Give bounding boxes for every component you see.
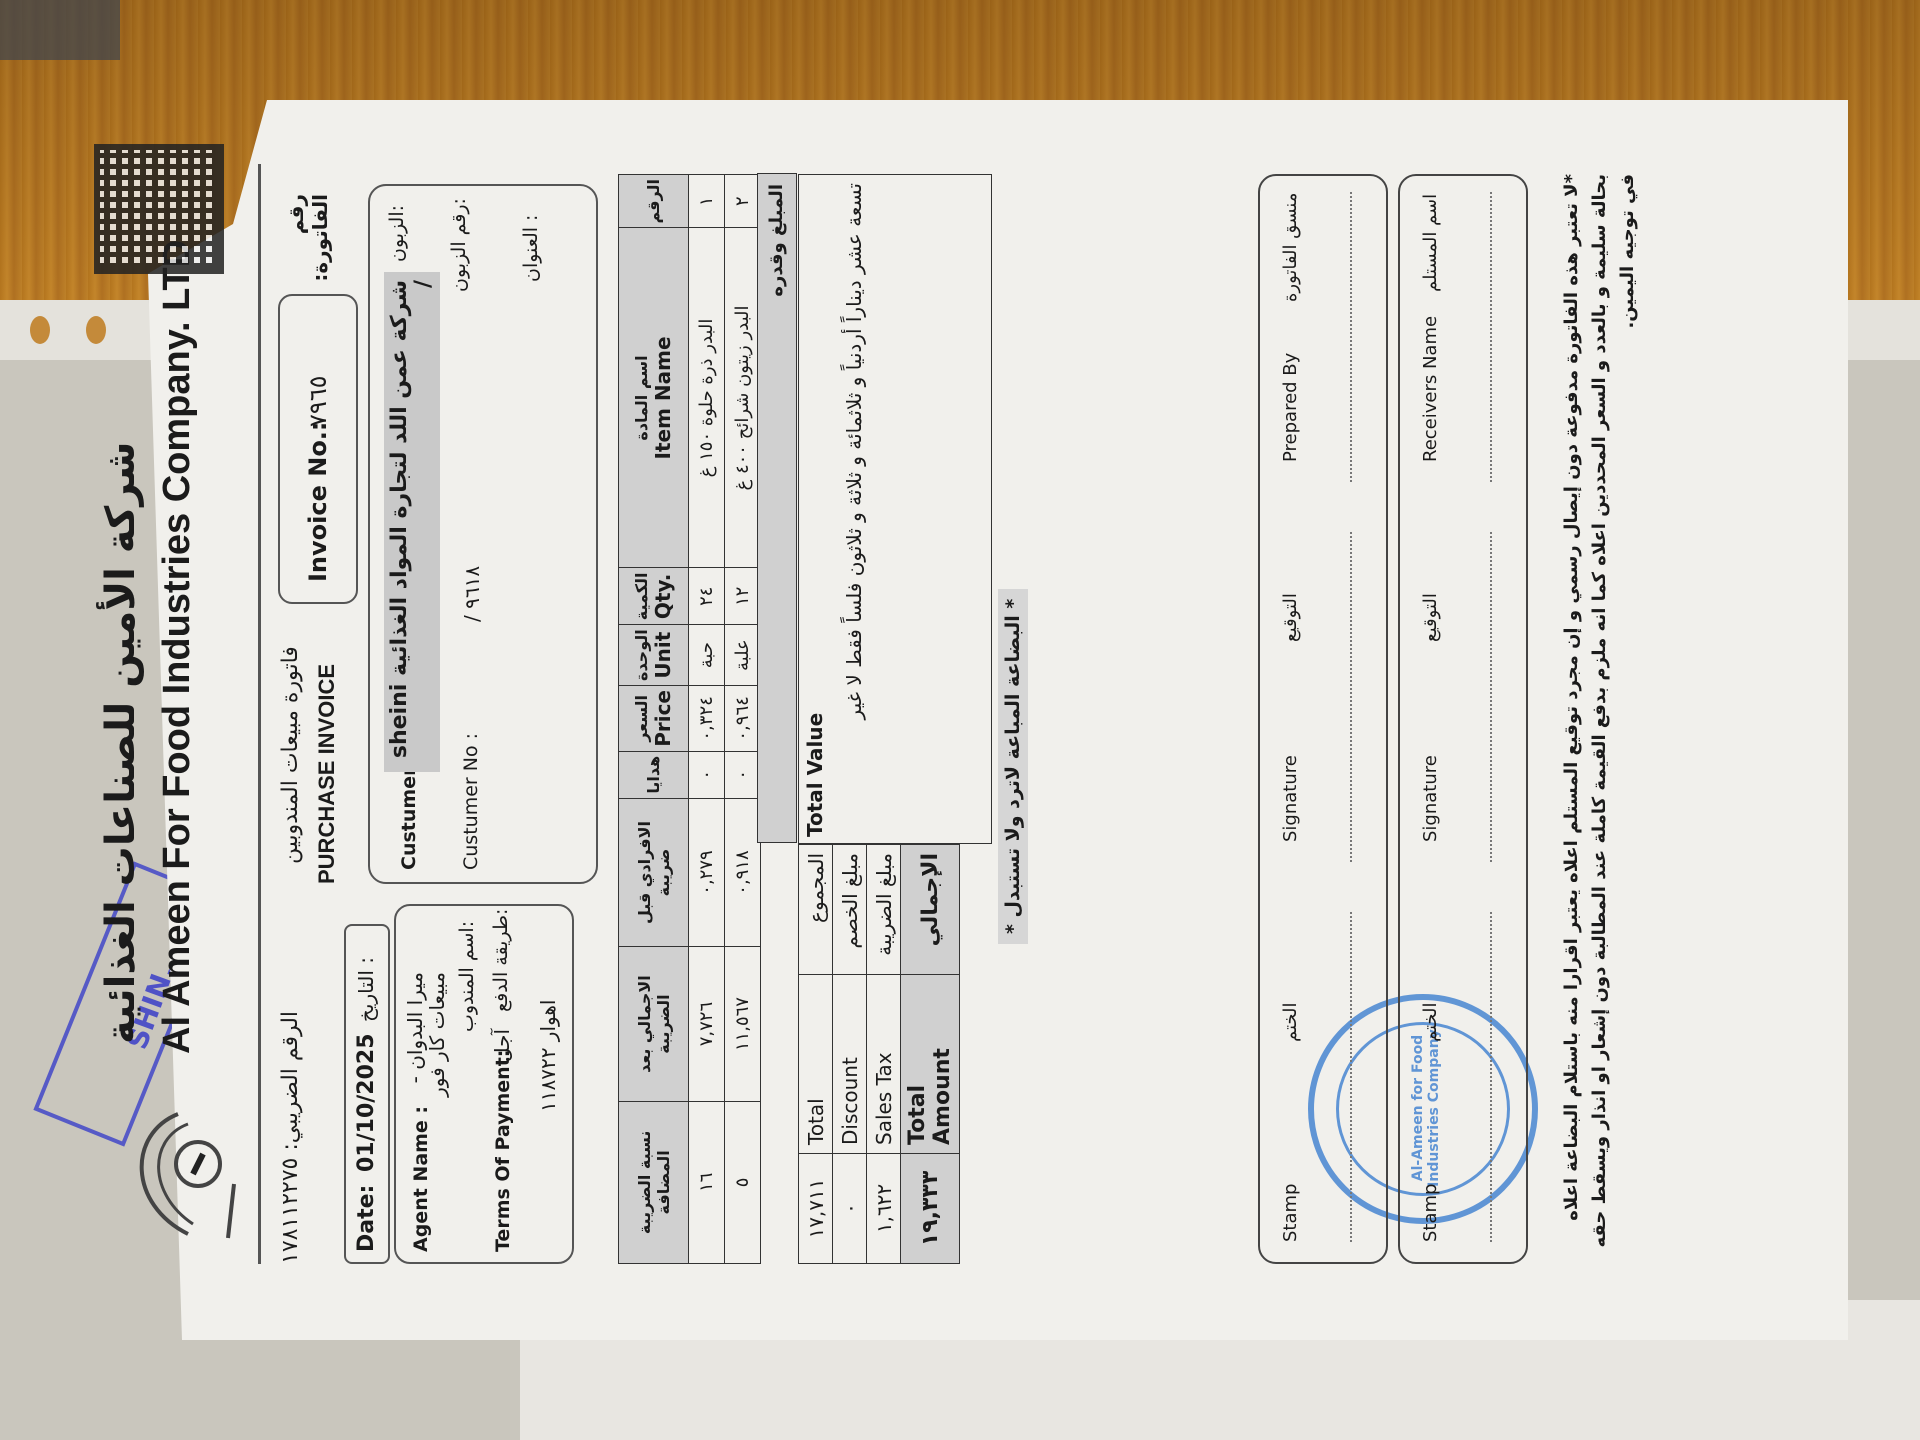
sales-tax-label: Sales Tax [867, 975, 901, 1154]
sales-tax-label-ar: مبلغ الضريبة [867, 845, 901, 975]
totals-table: ١٧,٧١١ Total المجموع ٠ Discount مبلغ الخ… [798, 844, 960, 1264]
amount-in-words: تسعة عشر ديناراً أردنياً و ثلاثمائة و ثل… [839, 183, 869, 823]
cell-gifts: ٠ [725, 751, 761, 798]
invoice-type-en: PURCHASE INVOICE [314, 664, 340, 884]
signature-label: Signature [1420, 755, 1441, 842]
total-value-label: Total Value [803, 713, 827, 837]
stamp-line[interactable] [1350, 912, 1352, 1242]
agent-info-box: Agent Name : ميرا البدوان - مبيعات كار ف… [394, 904, 574, 1264]
cell-item-name: البدر زيتون شرائح ٤٠٠ غ [725, 228, 761, 568]
totals-row-total-amount: ١٩,٣٣٣ Total Amount الإجمالي [901, 845, 960, 1264]
cell-unit-before-tax: ٠,٩١٨ [725, 798, 761, 947]
total-amount-label: Total Amount [901, 975, 960, 1154]
amount-label-band: المبلغ وقدره [757, 173, 797, 843]
discount-label: Discount [833, 975, 867, 1154]
cell-qty: ١٢ [725, 568, 761, 625]
invoice-number-label-ar: رقم الفاتورة: [284, 194, 332, 274]
agent-name-value: ميرا البدوان - مبيعات كار فور [404, 972, 448, 1112]
stamp-label-ar: الختم [1420, 1002, 1441, 1042]
invoice-number-box: Invoice No.: ٧٩٦٥ [278, 294, 358, 604]
stamp-label-ar: الختم [1280, 1002, 1301, 1042]
col-tax-rate: نسبة الضريبة المضافة [619, 1101, 689, 1263]
customer-name: شركة عمن اللد لتجارة المواد الغذائية she… [384, 272, 440, 772]
signature-line[interactable] [1490, 532, 1492, 862]
col-no: الرقم [619, 175, 689, 228]
cell-tax-rate: ٥ [725, 1101, 761, 1263]
col-unit: الوحدةUnit [619, 625, 689, 686]
customer-label: Custumer [398, 767, 420, 870]
tax-number: الرقم الضريبي: ١٧٨١١٢٢٧٥ [278, 1011, 303, 1264]
agent-name-label: Agent Name : [410, 1106, 432, 1252]
stamp-label: Stamp [1420, 1184, 1441, 1242]
tax-number-value: ١٧٨١١٢٢٧٥ [278, 1158, 303, 1264]
cell-total-after-tax: ٧,٧٢٦ [689, 947, 725, 1101]
invoice-type-ar: فاتورة مبيعات المندوبين [278, 646, 303, 864]
cell-price: ٠,٣٢٤ [689, 686, 725, 752]
cell-unit: حبة [689, 625, 725, 686]
cell-no: ١ [689, 175, 725, 228]
col-unit-before-tax: الافرادي قبل ضريبة [619, 798, 689, 947]
table-row: ٥ ١١,٥٦٧ ٠,٩١٨ ٠ ٠,٩٦٤ علبة ١٢ البدر زيت… [725, 175, 761, 1264]
table-row: ١٦ ٧,٧٢٦ ٠,٢٧٩ ٠ ٠,٣٢٤ حبة ٢٤ البدر ذرة … [689, 175, 725, 1264]
col-total-after-tax: الاجمالي بعد الضريبة [619, 947, 689, 1101]
no-return-note: * البضاعة المباعة لاترد ولا تستبدل * [998, 589, 1028, 944]
total-label-ar: المجموع [799, 845, 833, 975]
terms-label-ar: طريقة الدفع: [490, 909, 512, 1012]
cell-unit-before-tax: ٠,٢٧٩ [689, 798, 725, 947]
receivers-name-line[interactable] [1490, 192, 1492, 482]
items-table-header: نسبة الضريبة المضافة الاجمالي بعد الضريب… [619, 175, 689, 1264]
receivers-name-label: Receivers Name [1420, 316, 1441, 462]
customer-label-ar: الزبون: [386, 205, 408, 262]
date-value: 01/10/2025 [354, 1033, 379, 1172]
invoice: شركة الأمين للصناعات الغذائية Al Ameen F… [78, 124, 1638, 1304]
company-name-ar: شركة الأمين للصناعات الغذائية [98, 442, 144, 1044]
discount-value: ٠ [833, 1154, 867, 1264]
receivers-name-label-ar: اسم المستلم [1420, 194, 1441, 292]
qr-code-icon [94, 144, 224, 274]
col-price: السعرPrice [619, 686, 689, 752]
cell-tax-rate: ١٦ [689, 1101, 725, 1263]
company-name-en: Al Ameen For Food Industries Company. LT… [156, 240, 199, 1054]
customer-no-value: / ٩٦١٨ [460, 566, 484, 622]
punch-hole [30, 316, 50, 344]
totals-row-total: ١٧,٧١١ Total المجموع [799, 845, 833, 1264]
total-value: ١٧,٧١١ [799, 1154, 833, 1264]
total-amount-label-ar: الإجمالي [901, 845, 960, 975]
customer-no-label: Custumer No : [460, 733, 482, 870]
stamp-label: Stamp [1280, 1184, 1301, 1242]
legal-footnote: *لا تعتبر هذه الفاتورة مدفوعة دون إيصال … [1558, 174, 1642, 1264]
receiver-box: Stamp الختم Signature التوقيع Receivers … [1398, 174, 1528, 1264]
totals-row-sales-tax: ١,٦٢٢ Sales Tax مبلغ الضريبة [867, 845, 901, 1264]
cell-total-after-tax: ١١,٥٦٧ [725, 947, 761, 1101]
signature-label-ar: التوقيع [1420, 593, 1441, 642]
cell-item-name: البدر ذرة حلوة ١٥٠ غ [689, 228, 725, 568]
col-item-name: اسم المادةItem Name [619, 228, 689, 568]
total-label: Total [799, 975, 833, 1154]
col-qty: الكميةQty. [619, 568, 689, 625]
signature-label-ar: التوقيع [1280, 593, 1301, 642]
address-label-ar: العنوان : [520, 215, 542, 282]
prepared-by-box: Stamp الختم Signature التوقيع Prepared B… [1258, 174, 1388, 1264]
discount-label-ar: مبلغ الخصم [833, 845, 867, 975]
invoice-number-value: ٧٩٦٥ [304, 375, 332, 427]
total-value-box: المبلغ وقدره Total Value تسعة عشر دينارا… [798, 174, 992, 844]
totals-row-discount: ٠ Discount مبلغ الخصم [833, 845, 867, 1264]
invoice-number-label: Invoice No.: [304, 421, 332, 582]
cell-price: ٠,٩٦٤ [725, 686, 761, 752]
date-box: Date: 01/10/2025 التاريخ : [344, 924, 390, 1264]
customer-info-box: Custumer شركة عمن اللد لتجارة المواد الغ… [368, 184, 598, 884]
signature-label: Signature [1280, 755, 1301, 842]
items-table: نسبة الضريبة المضافة الاجمالي بعد الضريب… [618, 174, 761, 1264]
dark-object [0, 0, 120, 60]
customer-no-label-ar: رقم الزبون: [448, 198, 470, 292]
cell-qty: ٢٤ [689, 568, 725, 625]
tax-number-label: الرقم الضريبي: [278, 1011, 303, 1151]
amount-label-ar: المبلغ وقدره [766, 184, 787, 297]
col-gifts: هدايا [619, 751, 689, 798]
agent-reference: اهوار ١١٨٧٢٢ [536, 1000, 560, 1112]
date-label: Date: [354, 1185, 379, 1252]
terms-value: آجل [490, 1029, 514, 1062]
sales-tax-value: ١,٦٢٢ [867, 1154, 901, 1264]
cell-no: ٢ [725, 175, 761, 228]
total-amount-value: ١٩,٣٣٣ [901, 1154, 960, 1264]
cell-gifts: ٠ [689, 751, 725, 798]
date-label-ar: التاريخ : [354, 957, 378, 1022]
invoice-header: شركة الأمين للصناعات الغذائية Al Ameen F… [78, 124, 278, 1304]
stamp-line[interactable] [1490, 912, 1492, 1242]
prepared-by-label-ar: منسق الفاتورة [1280, 193, 1301, 302]
terms-label: Terms Of Payment: [492, 1050, 514, 1252]
cell-unit: علبة [725, 625, 761, 686]
header-divider [258, 164, 261, 1264]
company-logo-icon [118, 1104, 238, 1244]
signature-line[interactable] [1350, 532, 1352, 862]
prepared-by-label: Prepared By [1280, 353, 1301, 462]
agent-name-label-ar: اسم المندوب: [456, 921, 478, 1032]
prepared-by-line[interactable] [1350, 192, 1352, 482]
